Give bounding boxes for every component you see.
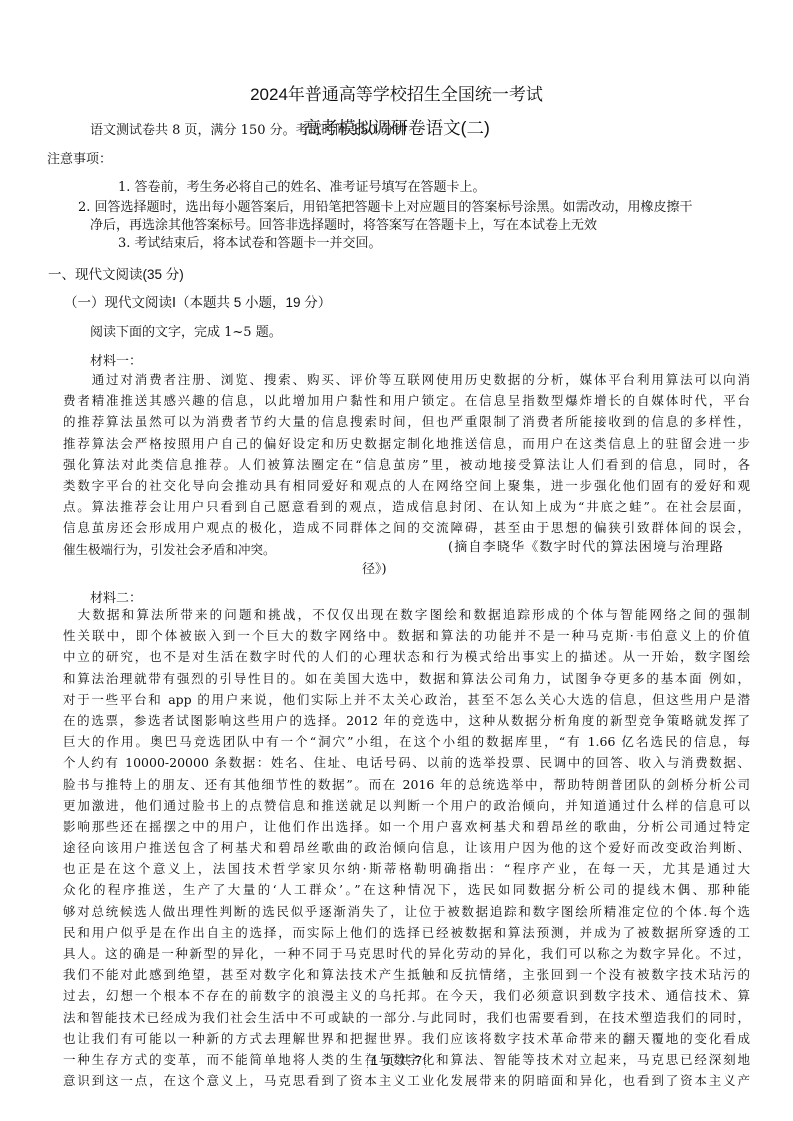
material-2-text: 大数据和算法所带来的问题和挑战，不仅仅出现在数字图绘和数据追踪形成的个体与智能网…	[63, 604, 750, 1091]
exam-title: 2024年普通高等学校招生全国统一考试	[0, 86, 793, 103]
material-2-line: 大数据和算法所带来的问题和挑战，不仅仅出现在数字图绘和数据追踪形成的个体与智能网…	[63, 604, 750, 625]
material-2-line: 更加激进，他们通过脸书上的点赞信息和推送就足以判断一个用户的政治倾向，并知道通过…	[63, 795, 750, 816]
material-2-line: 中立的研究，也不是对生活在数字时代的人们的心理状态和行为模式给出事实上的描述。从…	[63, 646, 750, 667]
material-1-line: 点。算法推荐会让用户只看到自己愿意看到的观点，造成信息封闭、在认知上成为“井底之…	[63, 496, 750, 517]
material-1-line: 通过对消费者注册、浏览、搜索、购买、评价等互联网使用历史数据的分析，媒体平台利用…	[63, 369, 750, 390]
material-1-line: 类数字平台的社交化导向会推动具有相同爱好和观点的人在网络空间上聚集，进一步强化他…	[63, 475, 750, 496]
material-2-line: 性关联中，即个体被嵌入到一个巨大的数字网络中。数据和算法的功能并不是一种马克斯·…	[63, 625, 750, 646]
material-1-source: (摘自李晓华《数字时代的算法困境与治理路	[448, 541, 724, 554]
exam-info: 语文测试卷共 8 页，满分 150 分。考试时间 150 分钟	[90, 124, 407, 137]
note-item-3: 3. 考试结束后，将本试卷和答题卡一并交回。	[118, 237, 382, 250]
material-1-line: 费者精准推送其感兴趣的信息，以此增加用户黏性和用户锁定。在信息呈指数型爆炸增长的…	[63, 390, 750, 411]
material-2-line: 够对总统候选人做出理性判断的选民似乎逐渐消失了，让位于被数据追踪和数字图绘所精准…	[63, 901, 750, 922]
material-1-line: 的推荐算法虽然可以为消费者节约大量的信息搜索时间，但也严重限制了消费者所能接收到…	[63, 411, 750, 432]
material-2-line: 途径向该用户推送包含了柯基犬和碧昂丝歌曲的政治倾向信息，让该用户因为他的这个爱好…	[63, 837, 750, 858]
material-2-line: 具人。这的确是一种新型的异化，一种不同于马克思时代的异化劳动的异化，我们可以称之…	[63, 943, 750, 964]
note-item-2-cont: 净后，再选涂其他答案标号。回答非选择题时，将答案写在答题卡上，写在本试卷上无效	[90, 219, 597, 232]
page-footer: 1 页 共 7	[0, 1053, 793, 1069]
material-2-line: 民和用户似乎是在作出自主的选择，而实际上他们的选择已经被数据和算法预测，并成为了…	[63, 922, 750, 943]
notes-heading: 注意事项：	[47, 153, 112, 166]
note-item-1: 1. 答卷前，考生务必将自己的姓名、准考证号填写在答题卡上。	[118, 181, 486, 194]
exam-page: 2024年普通高等学校招生全国统一考试 高考模拟调研卷语文(二) 语文测试卷共 …	[0, 0, 793, 1121]
material-2-line: 个人约有 10000-20000 条数据：姓名、住址、电话号码、以前的选举投票、…	[63, 752, 750, 773]
material-2-line: 和算法治理就带有强烈的引导性目的。如在美国大选中，数据和算法公司角力，试图争夺更…	[63, 668, 750, 689]
material-1-line: 信息茧房还会形成用户观点的极化，造成不同群体之间的交流障碍，甚至由于思想的偏狭引…	[63, 517, 750, 538]
material-1-line: 推荐算法会严格按照用户自己的偏好设定和历史数据定制化地推送信息，而用户在这类信息…	[63, 433, 750, 454]
subsection-heading: （一）现代文阅读Ⅰ（本题共 5 小题，19 分）	[64, 296, 331, 310]
note-item-2: 2. 回答选择题时，选出每小题答案后，用铅笔把答题卡上对应题目的答案标号涂黑。如…	[78, 201, 693, 214]
reading-instruction: 阅读下面的文字，完成 1~5 题。	[90, 326, 282, 339]
material-2-line: 我们不能对此感到绝望，甚至对数字化和算法技术产生抵触和反抗情绪，主张回到一个没有…	[63, 964, 750, 985]
material-1-text: 通过对消费者注册、浏览、搜索、购买、评价等互联网使用历史数据的分析，媒体平台利用…	[63, 369, 750, 560]
material-2-line: 也正是在这个意义上，法国技术哲学家贝尔纳·斯蒂格勒明确指出：“程序产业，在每一天…	[63, 858, 750, 879]
material-1-label: 材料一：	[90, 354, 142, 367]
section-heading: 一、现代文阅读(35 分)	[48, 268, 184, 282]
material-1-source-cont: 径》)	[362, 563, 387, 576]
page-indicator: 1 页 共 7	[367, 1053, 426, 1068]
material-2-line: 巨大的作用。奥巴马竞选团队中有一个“洞穴”小组，在这个小组的数据库里，“有 1.…	[63, 731, 750, 752]
material-2-line: 对于一些平台和 app 的用户来说，他们实际上并不太关心政治，甚至不怎么关心大选…	[63, 689, 750, 710]
material-2-line: 脸书与推特上的朋友、还有其他细节性的数据”。而在 2016 年的总统选举中，帮助…	[63, 774, 750, 795]
material-2-line: 法和智能技术已经成为我们社会生活中不可或缺的一部分.与此同时，我们也需要看到，在…	[63, 1007, 750, 1028]
material-2-line: 也让我们有可能以一种新的方式去理解世界和把握世界。我们应该将数字技术革命带来的翻…	[63, 1028, 750, 1049]
material-2-line: 影响那些还在摇摆之中的用户，让他们作出选择。如一个用户喜欢柯基犬和碧昂丝的歌曲，…	[63, 816, 750, 837]
material-2-label: 材料二：	[90, 591, 142, 604]
material-2-line: 过去，幻想一个根本不存在的前数字的浪漫主义的乌托邦。在今天，我们必须意识到数字技…	[63, 985, 750, 1006]
material-2-line: 众化的程序推送，生产了大量的‘人工群众’。”在这种情况下，选民如同数据分析公司的…	[63, 879, 750, 900]
material-1-line: 强化算法对此类信息推荐。人们被算法圈定在“信息茧房”里，被动地接受算法让人们看到…	[63, 454, 750, 475]
material-2-line: 在的选票，参选者试图影响这些用户的选择。2012 年的竞选中，这种从数据分析角度…	[63, 710, 750, 731]
material-2-line: 意识到这一点，在这个意义上，马克思看到了资本主义工业化发展带来的阴暗面和异化，也…	[63, 1070, 750, 1091]
